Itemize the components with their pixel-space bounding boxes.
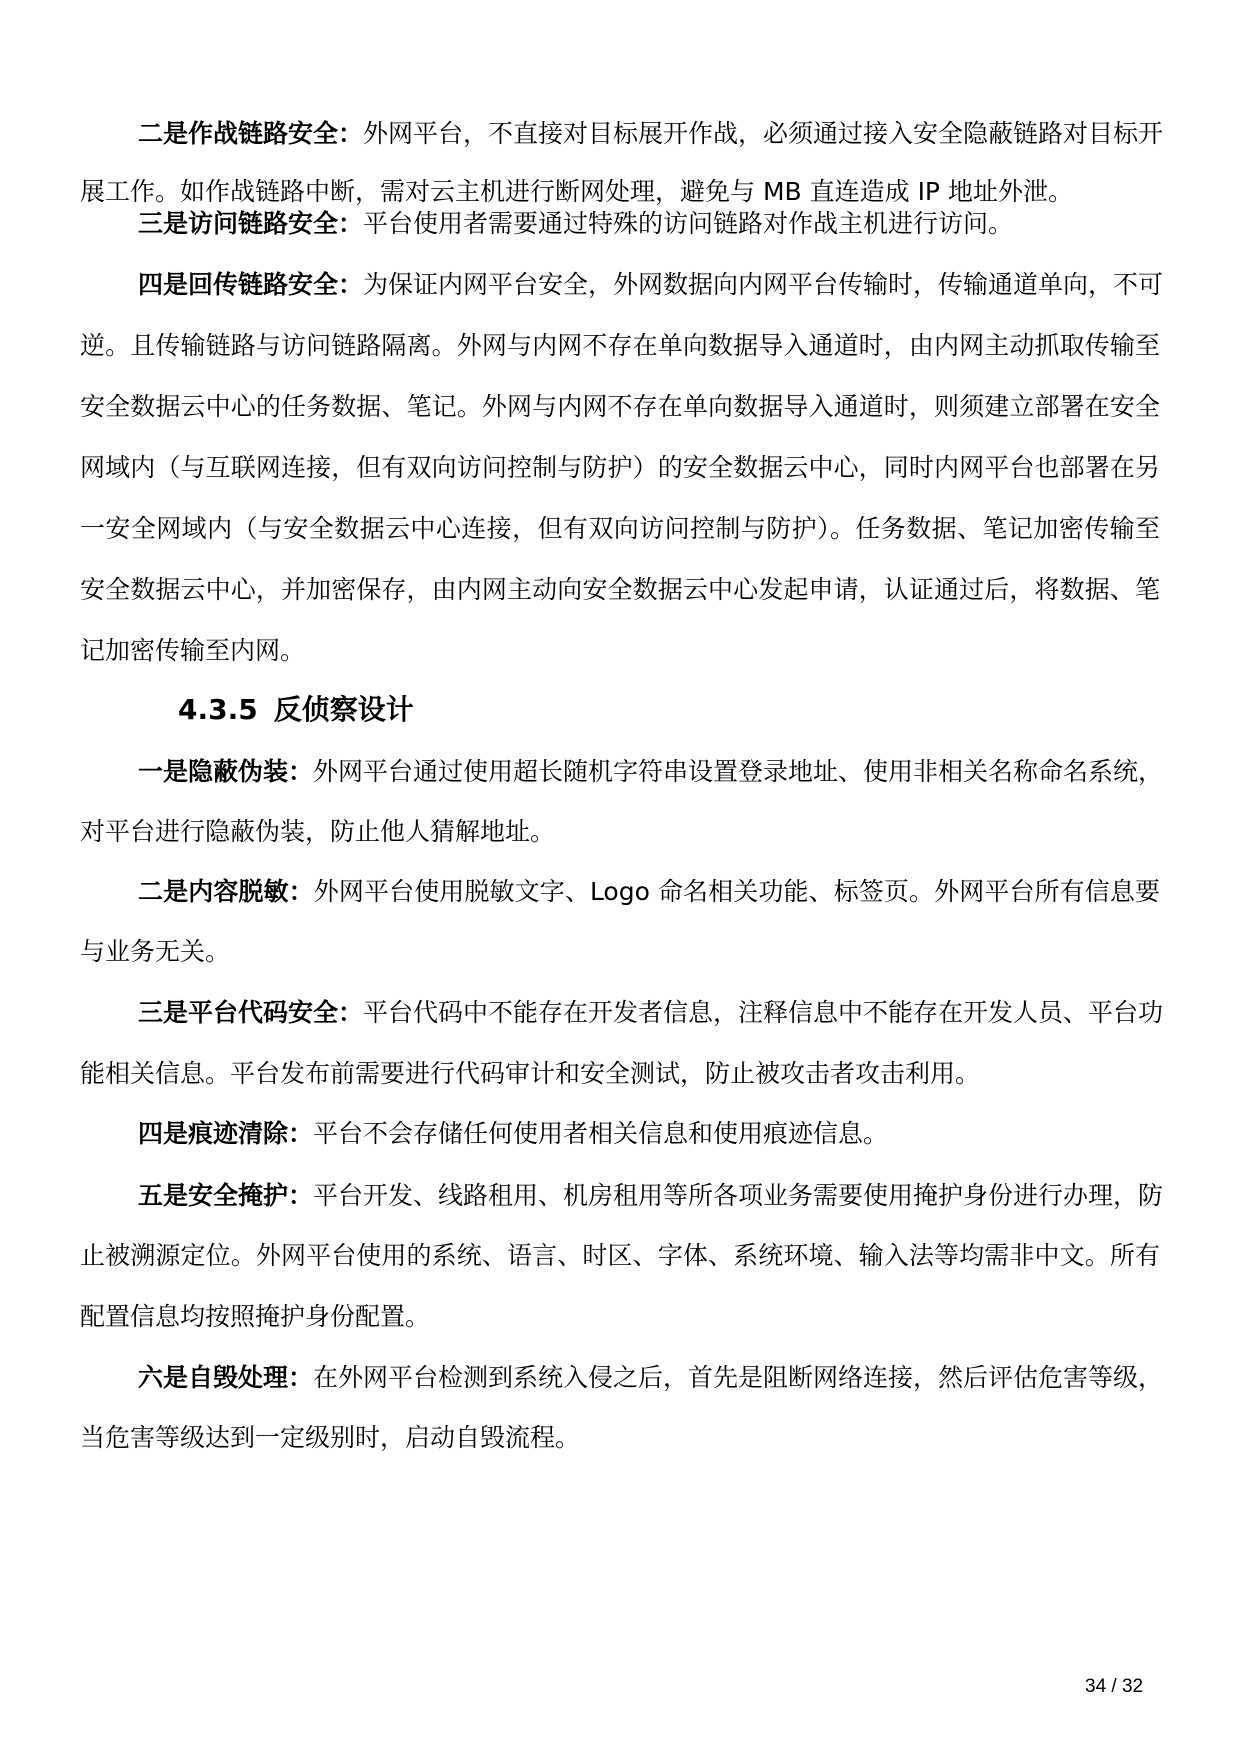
paragraph-line: 四是痕迹清除：平台不会存储任何使用者相关信息和使用痕迹信息。 [138,1114,1160,1154]
paragraph-text: 平台开发、线路租用、机房租用等所各项业务需要使用掩护身份进行办理，防 [313,1181,1163,1210]
paragraph-line: 二是内容脱敏：外网平台使用脱敏文字、Logo 命名相关功能、标签页。外网平台所有… [138,872,1160,912]
paragraph-line: 记加密传输至内网。 [80,631,1160,671]
paragraph-line: 三是访问链路安全：平台使用者需要通过特殊的访问链路对作战主机进行访问。 [138,204,1160,244]
paragraph-line: 网域内（与互联网连接，但有双向访问控制与防护）的安全数据云中心，同时内网平台也部… [80,448,1160,488]
paragraph-line: 安全数据云中心，并加密保存，由内网主动向安全数据云中心发起申请，认证通过后，将数… [80,570,1160,610]
paragraph-line: 六是自毁处理：在外网平台检测到系统入侵之后，首先是阻断网络连接，然后评估危害等级… [138,1358,1160,1398]
section-heading: 4.3.5反侦察设计 [178,690,414,730]
paragraph-line: 对平台进行隐蔽伪装，防止他人猜解地址。 [80,812,1160,852]
paragraph-line: 一安全网域内（与安全数据云中心连接，但有双向访问控制与防护）。任务数据、笔记加密… [80,509,1160,549]
paragraph-line: 逆。且传输链路与访问链路隔离。外网与内网不存在单向数据导入通道时，由内网主动抓取… [80,326,1160,366]
paragraph-line: 与业务无关。 [80,932,1160,972]
paragraph-line: 四是回传链路安全：为保证内网平台安全，外网数据向内网平台传输时，传输通道单向，不… [138,265,1160,305]
paragraph-text: 平台使用者需要通过特殊的访问链路对作战主机进行访问。 [363,209,1013,238]
paragraph-lead: 五是安全掩护： [138,1181,313,1210]
paragraph-lead: 二是作战链路安全： [138,119,363,148]
page-number: 34 / 32 [1085,1676,1143,1698]
paragraph-text: 平台代码中不能存在开发者信息，注释信息中不能存在开发人员、平台功 [363,998,1163,1027]
paragraph-lead: 三是平台代码安全： [138,998,363,1027]
paragraph-line: 配置信息均按照掩护身份配置。 [80,1297,1160,1337]
paragraph-line: 止被溯源定位。外网平台使用的系统、语言、时区、字体、系统环境、输入法等均需非中文… [80,1236,1160,1276]
paragraph-line: 三是平台代码安全：平台代码中不能存在开发者信息，注释信息中不能存在开发人员、平台… [138,993,1160,1033]
paragraph-text: 平台不会存储任何使用者相关信息和使用痕迹信息。 [313,1119,888,1148]
paragraph-line: 五是安全掩护：平台开发、线路租用、机房租用等所各项业务需要使用掩护身份进行办理，… [138,1176,1160,1216]
paragraph-text: 在外网平台检测到系统入侵之后，首先是阻断网络连接，然后评估危害等级， [313,1363,1163,1392]
paragraph-lead: 三是访问链路安全： [138,209,363,238]
paragraph-lead: 六是自毁处理： [138,1363,313,1392]
paragraph-text: 外网平台通过使用超长随机字符串设置登录地址、使用非相关名称命名系统， [313,757,1163,786]
paragraph-line: 一是隐蔽伪装：外网平台通过使用超长随机字符串设置登录地址、使用非相关名称命名系统… [138,752,1160,792]
section-title: 反侦察设计 [274,693,414,726]
paragraph-lead: 四是回传链路安全： [138,270,363,299]
paragraph-line: 安全数据云中心的任务数据、笔记。外网与内网不存在单向数据导入通道时，则须建立部署… [80,387,1160,427]
paragraph-lead: 四是痕迹清除： [138,1119,313,1148]
paragraph-lead: 二是内容脱敏： [138,877,314,906]
paragraph-line: 当危害等级达到一定级别时，启动自毁流程。 [80,1418,1160,1458]
paragraph-line: 能相关信息。平台发布前需要进行代码审计和安全测试，防止被攻击者攻击利用。 [80,1054,1160,1094]
paragraph-text: 外网平台，不直接对目标展开作战，必须通过接入安全隐蔽链路对目标开 [363,119,1163,148]
paragraph-text: 外网平台使用脱敏文字、Logo 命名相关功能、标签页。外网平台所有信息要 [314,877,1160,906]
paragraph-line: 二是作战链路安全：外网平台，不直接对目标展开作战，必须通过接入安全隐蔽链路对目标… [138,114,1160,154]
section-number: 4.3.5 [178,693,258,726]
paragraph-lead: 一是隐蔽伪装： [138,757,313,786]
paragraph-text: 为保证内网平台安全，外网数据向内网平台传输时，传输通道单向，不可 [363,270,1163,299]
